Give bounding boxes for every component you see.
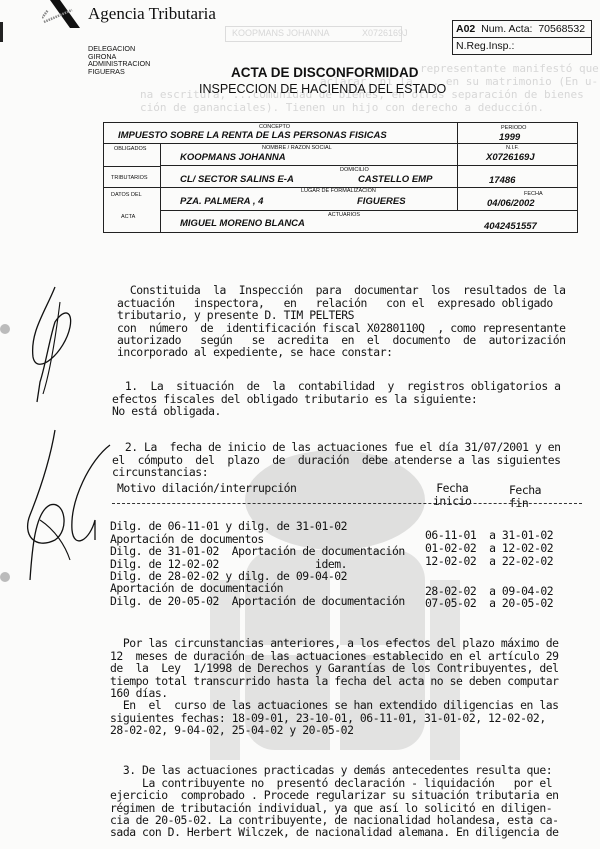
ghost-line-4: ción de gananciales). Tienen un hijo con… (140, 101, 544, 114)
plazo-paragraph: Por las circunstancias anteriores, a los… (110, 625, 559, 749)
datos-del-label: DATOS DEL (111, 192, 142, 198)
document-title: ACTA DE DISCONFORMIDAD (231, 65, 419, 80)
periodo-label: PERIODO (501, 125, 526, 131)
actuario-number: 4042451557 (484, 221, 537, 232)
signature-upper (15, 282, 95, 412)
header-inicio-line: inicio (433, 495, 471, 507)
text-line: 3. De las actuaciones practicadas y demá… (110, 764, 559, 776)
nombre-value: KOOPMANS JOHANNA (180, 152, 286, 163)
motivo-line: Dilg. de 20-05-02 Aportación de document… (110, 595, 405, 607)
text-line: incorporado al expediente, se hace const… (117, 346, 566, 358)
ghost-nif: X0726169J (362, 27, 408, 40)
section-1: 1. La situación de la contabilidad y reg… (112, 368, 561, 430)
dilacion-row: 06-11-01 a 31-01-02 (425, 529, 553, 541)
acta-number-label: Num. Acta: (481, 23, 532, 35)
obligados-label: OBLIGADOS (114, 146, 146, 152)
text-line: Constituida la Inspección para documenta… (117, 284, 566, 296)
acta-number-row: A02 Num. Acta: 70568532 (453, 21, 591, 37)
actuarios-label: ACTUARIOS (328, 212, 360, 218)
text-line: circunstancias: (112, 466, 561, 478)
fecha-fin: a 20-05-02 (489, 596, 553, 610)
dilacion-row: 01-02-02 a 12-02-02 (425, 542, 553, 554)
intro-paragraph: Constituida la Inspección para documenta… (117, 272, 566, 371)
fecha-inicio: 07-05-02 (425, 596, 476, 610)
ghost-name: KOOPMANS JOHANNA (232, 27, 330, 40)
fecha-fin: a 22-02-02 (489, 554, 553, 568)
delegation-block: DELEGACION GIRONA ADMINISTRACION FIGUERA… (88, 45, 150, 75)
section-3: 3. De las actuaciones practicadas y demá… (110, 752, 559, 849)
domicilio-calle: CL/ SECTOR SALINS E-A (180, 174, 294, 185)
motivo-column: Dilg. de 06-11-01 y dilg. de 31-01-02Apo… (110, 508, 405, 620)
text-line: No está obligada. (112, 405, 561, 417)
text-line: 1. La situación de la contabilidad y reg… (112, 380, 561, 392)
periodo-value: 1999 (499, 132, 520, 143)
dilacion-row: 12-02-02 a 22-02-02 (425, 555, 553, 567)
codigo-postal: 17486 (489, 175, 515, 186)
header-fin: Fechafin (509, 472, 541, 522)
domicilio-municipio: CASTELLO EMP (358, 174, 432, 185)
punch-hole-bottom (0, 572, 10, 582)
text-line: tributario, y presente D. TIM PELTERS (117, 309, 566, 321)
header-inicio-line: Fecha (433, 482, 471, 494)
concepto-value: IMPUESTO SOBRE LA RENTA DE LAS PERSONAS … (118, 130, 387, 141)
delegation-line: FIGUERAS (88, 68, 150, 76)
table-divider (112, 503, 582, 504)
lugar-direccion: PZA. PALMERA , 4 (180, 196, 263, 207)
lugar-municipio: FIGUERES (357, 196, 406, 207)
text-line: 2. La fecha de inicio de las actuaciones… (112, 441, 561, 453)
document-subtitle: INSPECCION DE HACIENDA DEL ESTADO (199, 82, 446, 96)
motivo-line: Aportación de documentación (110, 582, 405, 594)
tributarios-label: TRIBUTARIOS (111, 175, 148, 181)
actuario-name: MIGUEL MORENO BLANCA (180, 218, 305, 229)
text-line: de la Ley 1/1998 de Derechos y Garantías… (110, 662, 559, 674)
ghost-line-1: representante manifestó que no podía (420, 62, 600, 75)
reg-insp-row: N.Reg.Insp.: (453, 37, 591, 54)
margin-mark (0, 22, 3, 42)
text-line: En el curso de las actuaciones se han ex… (110, 699, 559, 711)
agencia-tributaria-logo-icon (42, 0, 82, 28)
nombre-label: NOMBRE / RAZON SOCIAL (262, 145, 332, 151)
fecha-fin: a 31-01-02 (489, 528, 553, 542)
nif-label: N.I.F. (506, 145, 519, 151)
nif-value: X0726169J (486, 152, 535, 163)
header-inicio: Fechainicio (433, 470, 471, 520)
fecha-fin: a 12-02-02 (489, 541, 553, 555)
reg-insp-label: N.Reg.Insp.: (456, 40, 514, 52)
fecha-inicio: 12-02-02 (425, 554, 476, 568)
text-line: sada con D. Herbert Wilczek, de nacional… (110, 826, 559, 838)
text-line: tiempo total transcurrido hasta la fecha… (110, 675, 559, 687)
punch-hole-top (0, 324, 10, 334)
lugar-label: LUGAR DE FORMALIZACION (301, 188, 376, 194)
header-motivo: Motivo dilación/interrupción (117, 482, 296, 494)
fecha-label: FECHA (524, 191, 543, 197)
fecha-value: 04/06/2002 (487, 198, 535, 209)
acta-code: A02 (456, 23, 475, 35)
acta-number: 70568532 (538, 23, 585, 35)
domicilio-label: DOMICILIO (340, 167, 369, 173)
text-line: ejercicio comprobado . Procede regulariz… (110, 789, 559, 801)
fecha-inicio: 01-02-02 (425, 541, 476, 555)
dilacion-row: 07-05-02 a 20-05-02 (425, 597, 553, 609)
motivo-line: Dilg. de 31-01-02 Aportación de document… (110, 545, 405, 557)
text-line: 28-02-02, 9-04-02, 25-04-02 y 20-05-02 (110, 724, 559, 736)
taxpayer-data-table: CONCEPTO IMPUESTO SOBRE LA RENTA DE LAS … (103, 122, 578, 233)
header-fin-line: Fecha (509, 484, 541, 496)
fecha-inicio: 06-11-01 (425, 528, 476, 542)
motivo-line: Dilg. de 06-11-01 y dilg. de 31-01-02 (110, 520, 405, 532)
agency-name: Agencia Tributaria (88, 4, 216, 24)
signature-lower (10, 420, 115, 590)
acta-number-box: A02 Num. Acta: 70568532 N.Reg.Insp.: (452, 20, 592, 55)
text-line: Por las circunstancias anteriores, a los… (110, 637, 559, 649)
acta-label: ACTA (121, 214, 135, 220)
